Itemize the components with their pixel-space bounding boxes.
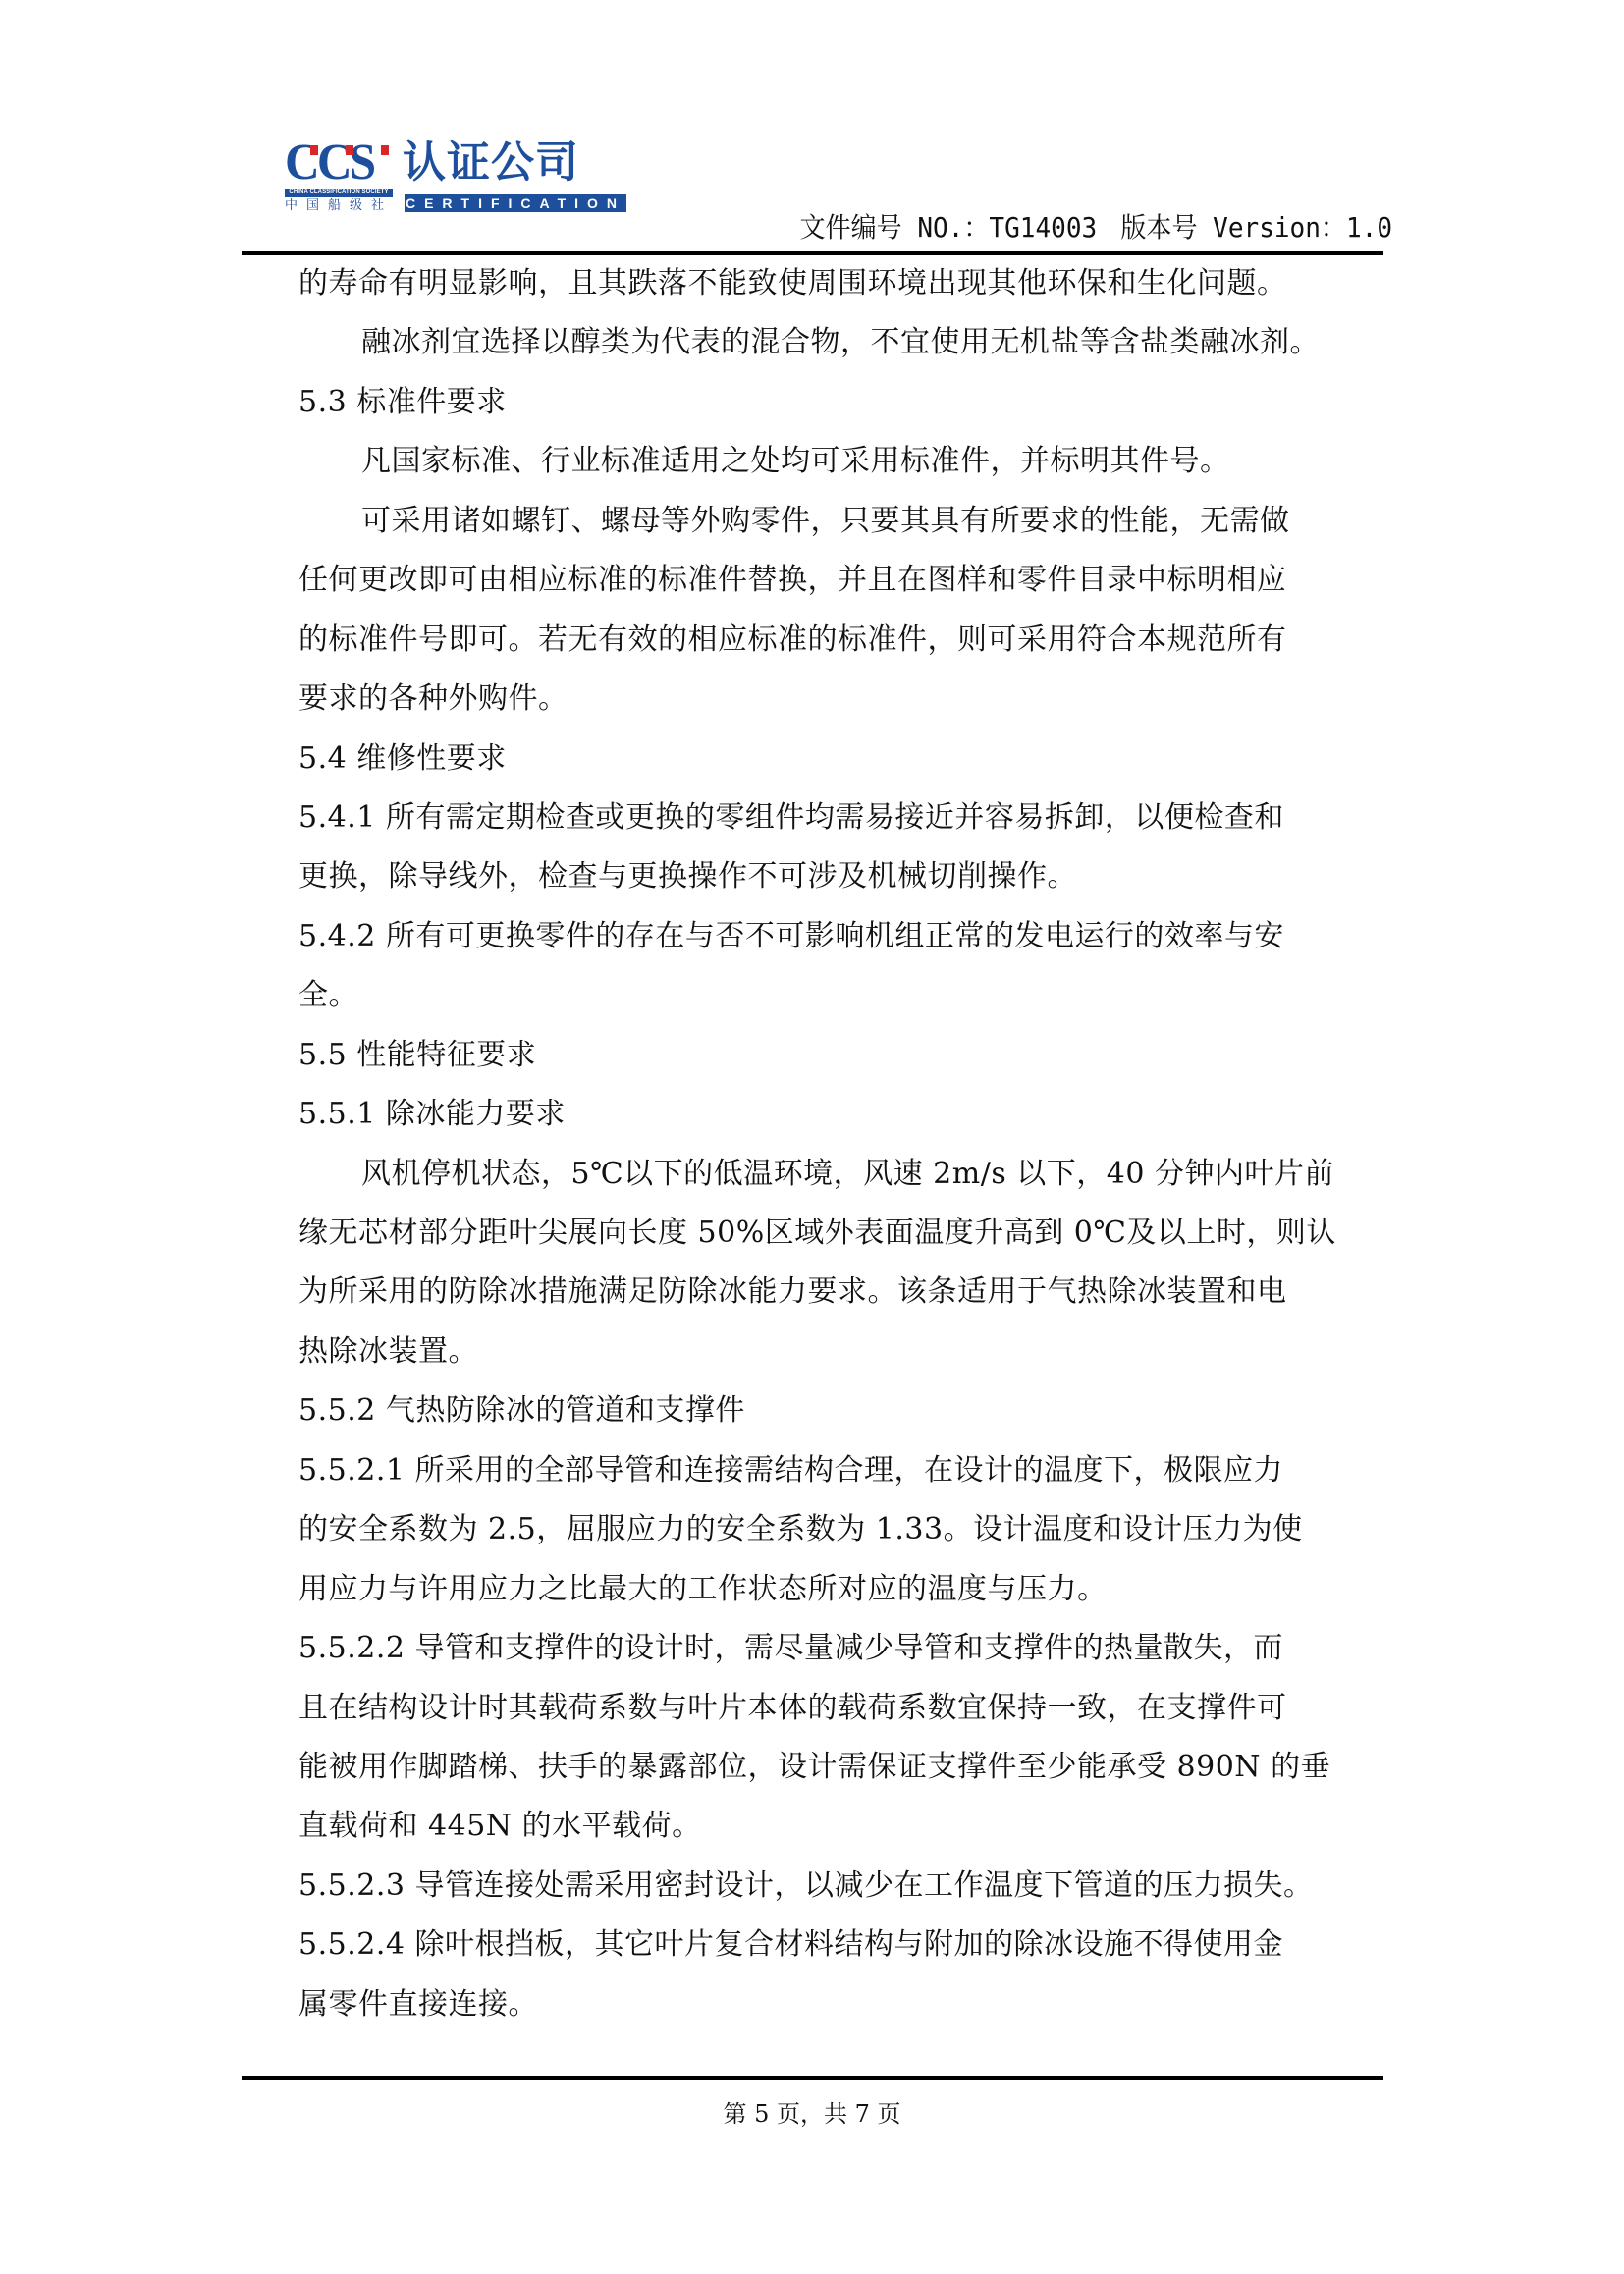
section-heading: 5.5.2 气热防除冰的管道和支撑件	[298, 1381, 1398, 1440]
clause-line: 5.5.2.4 除叶根挡板，其它叶片复合材料结构与附加的除冰设施不得使用金	[298, 1916, 1398, 1975]
version-label: 版本号 Version：	[1120, 211, 1346, 244]
body-line: 直载荷和 445N 的水平载荷。	[298, 1797, 1398, 1856]
clause-line: 5.5.2.1 所采用的全部导管和连接需结构合理，在设计的温度下，极限应力	[298, 1441, 1398, 1500]
body-line: 更换，除导线外，检查与更换操作不可涉及机械切削操作。	[298, 847, 1398, 906]
footer-divider	[242, 2076, 1383, 2080]
body-line: 为所采用的防除冰措施满足防除冰能力要求。该条适用于气热除冰装置和电	[298, 1263, 1398, 1322]
clause-line: 5.5.2.3 导管连接处需采用密封设计，以减少在工作温度下管道的压力损失。	[298, 1857, 1398, 1916]
body-line: 的寿命有明显影响，且其跌落不能致使周围环境出现其他环保和生化问题。	[298, 254, 1398, 313]
company-name-cn: 认证公司	[403, 137, 579, 189]
clause-line: 5.5.2.2 导管和支撑件的设计时，需尽量减少导管和支撑件的热量散失，而	[298, 1619, 1398, 1678]
clause-line: 5.4.1 所有需定期检查或更换的零组件均需易接近并容易拆卸，以便检查和	[298, 788, 1398, 847]
ccs-red-accent-icon	[346, 145, 353, 155]
body-line: 用应力与许用应力之比最大的工作状态所对应的温度与压力。	[298, 1560, 1398, 1619]
ccs-red-accent-icon	[381, 145, 389, 155]
body-line: 且在结构设计时其载荷系数与叶片本体的载荷系数宜保持一致，在支撑件可	[298, 1679, 1398, 1738]
clause-line: 5.4.2 所有可更换零件的存在与否不可影响机组正常的发电运行的效率与安	[298, 907, 1398, 966]
society-name-cn: 中国船级社	[285, 198, 393, 214]
version-number: 1.0	[1346, 211, 1392, 244]
ccs-mark: CCS	[285, 141, 393, 187]
page-number: 第 5 页，共 7 页	[0, 2099, 1624, 2129]
body-line: 任何更改即可由相应标准的标准件替换，并且在图样和零件目录中标明相应	[298, 551, 1398, 610]
body-line: 风机停机状态，5℃以下的低温环境，风速 2m/s 以下，40 分钟内叶片前	[298, 1145, 1398, 1204]
section-heading: 5.3 标准件要求	[298, 373, 1398, 432]
society-banner: CHINA CLASSIFICATION SOCIETY	[285, 189, 393, 197]
document-meta: 文件编号 NO.：TG14003版本号 Version：1.0	[736, 210, 1392, 245]
body-line: 全。	[298, 966, 1398, 1025]
document-body: 的寿命有明显影响，且其跌落不能致使周围环境出现其他环保和生化问题。 融冰剂宜选择…	[298, 254, 1398, 2034]
certification-band: CERTIFICATION	[405, 194, 626, 212]
section-heading: 5.5 性能特征要求	[298, 1026, 1398, 1085]
doc-number: TG14003	[989, 211, 1097, 244]
body-line: 融冰剂宜选择以醇类为代表的混合物，不宜使用无机盐等含盐类融冰剂。	[298, 313, 1398, 372]
body-line: 能被用作脚踏梯、扶手的暴露部位，设计需保证支撑件至少能承受 890N 的垂	[298, 1738, 1398, 1797]
body-line: 可采用诸如螺钉、螺母等外购零件，只要其具有所要求的性能，无需做	[298, 492, 1398, 551]
doc-number-label: 文件编号 NO.：	[800, 211, 990, 244]
company-logo: CCS CHINA CLASSIFICATION SOCIETY 中国船级社 认…	[285, 137, 628, 218]
body-line: 缘无芯材部分距叶尖展向长度 50%区域外表面温度升高到 0℃及以上时，则认	[298, 1204, 1398, 1263]
body-line: 的安全系数为 2.5，屈服应力的安全系数为 1.33。设计温度和设计压力为使	[298, 1500, 1398, 1559]
section-heading: 5.4 维修性要求	[298, 730, 1398, 788]
ccs-red-accent-icon	[310, 145, 318, 155]
body-line: 的标准件号即可。若无有效的相应标准的标准件，则可采用符合本规范所有	[298, 611, 1398, 670]
ccs-logo-text: CCS	[285, 135, 373, 190]
body-line: 要求的各种外购件。	[298, 670, 1398, 729]
body-line: 属零件直接连接。	[298, 1976, 1398, 2034]
section-heading: 5.5.1 除冰能力要求	[298, 1085, 1398, 1144]
body-line: 凡国家标准、行业标准适用之处均可采用标准件，并标明其件号。	[298, 432, 1398, 491]
body-line: 热除冰装置。	[298, 1323, 1398, 1381]
